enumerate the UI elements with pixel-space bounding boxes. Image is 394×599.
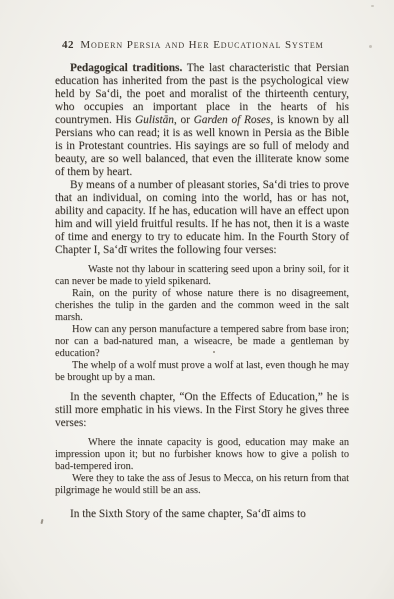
- scan-artifact: [40, 519, 43, 524]
- italic-garden-of-roses: Garden of Roses: [194, 114, 271, 126]
- verse-line: How can any person manufacture a tempere…: [55, 324, 349, 360]
- paragraph-sixth-story: In the Sixth Story of the same chapter, …: [55, 508, 349, 521]
- page-header: 42 Modern Persia and Her Educational Sys…: [55, 39, 349, 62]
- verse-line: Waste not thy labour in scattering seed …: [55, 264, 349, 288]
- paragraph-text: , or: [174, 114, 194, 126]
- verse-line: Where the innate capacity is good, educa…: [55, 437, 349, 473]
- paragraph-lead: Pedagogical traditions.: [70, 62, 182, 74]
- book-page: 42 Modern Persia and Her Educational Sys…: [0, 0, 394, 599]
- text-block: 42 Modern Persia and Her Educational Sys…: [55, 39, 349, 521]
- italic-gulistan: Gulistān: [135, 114, 174, 126]
- verse-block-1: Waste not thy labour in scattering seed …: [55, 264, 349, 384]
- page-number: 42: [62, 39, 74, 51]
- verse-block-2: Where the innate capacity is good, educa…: [55, 437, 349, 497]
- scan-artifact: [369, 45, 372, 48]
- verse-line: Rain, on the purity of whose nature ther…: [55, 288, 349, 324]
- verse-line: Were they to take the ass of Jesus to Me…: [55, 473, 349, 497]
- paragraph-seventh-chapter: In the seventh chapter, “On the Effects …: [55, 391, 349, 430]
- scan-artifact: [371, 5, 374, 7]
- paragraph-pedagogical-traditions: Pedagogical traditions. The last charact…: [55, 62, 349, 179]
- verse-line: The whelp of a wolf must prove a wolf at…: [55, 360, 349, 384]
- paragraph-pleasant-stories: By means of a number of pleasant stories…: [55, 179, 349, 257]
- running-title: Modern Persia and Her Educational System: [55, 39, 349, 51]
